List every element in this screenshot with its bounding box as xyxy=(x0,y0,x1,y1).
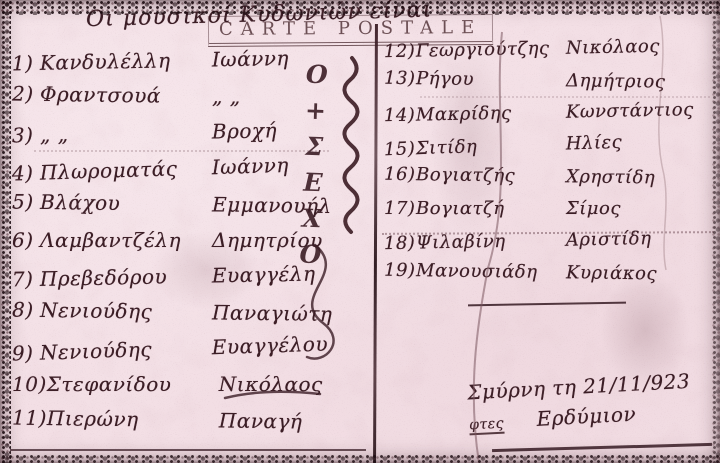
item-given-name: Κωνστάντιος xyxy=(566,99,716,123)
item-surname: Νενιούδης xyxy=(40,298,212,324)
item-given-name: „ „ xyxy=(212,84,364,110)
item-given-name: Ευαγγέλου xyxy=(211,330,364,359)
item-surname: Μακρίδης xyxy=(416,102,566,126)
postcard-scan: CARTE POSTALE Οι μουσικοί Κυδωνιών είναι… xyxy=(0,0,720,463)
item-number: 14) xyxy=(384,105,416,127)
item-given-name: Χρηστίδη xyxy=(566,166,716,189)
item-surname: Κανδυλέλλη xyxy=(40,48,212,75)
item-given-name: Δημήτριος xyxy=(566,70,716,93)
item-surname: Σιτίδη xyxy=(416,134,567,160)
item-surname: Ρήγου xyxy=(416,68,566,91)
item-given-name: Βροχή xyxy=(212,117,364,144)
item-surname: Πλωροματάς xyxy=(40,155,213,184)
item-number: 15) xyxy=(384,138,417,160)
bottom-rule xyxy=(10,449,366,451)
item-number: 12) xyxy=(384,41,416,63)
item-surname: „ „ xyxy=(40,120,212,147)
scan-edge xyxy=(0,0,11,463)
place-name: Ερδύμιον xyxy=(536,402,637,431)
item-number: 18) xyxy=(384,233,416,255)
item-given-name: Παναγιώτη xyxy=(212,300,364,326)
item-number: 19) xyxy=(384,260,416,281)
item-number: 7) xyxy=(12,267,40,292)
item-number: 6) xyxy=(12,228,40,252)
list-item: 17) Βογιατζή Σίμος xyxy=(384,198,716,230)
item-surname: Νενιούδης xyxy=(40,335,213,364)
item-given-name: Ιωάννη xyxy=(212,45,364,72)
item-number: 5) xyxy=(12,190,40,214)
list-item: 9) Νενιούδης Ευαγγέλου xyxy=(12,330,365,377)
place-line: φτες Ερδύμιον xyxy=(468,398,715,435)
item-number: 13) xyxy=(384,68,416,89)
item-surname: Βλάχου xyxy=(40,190,212,216)
musicians-list-right: 12) Γεωργιούτζης Νικόλαος 13) Ρήγου Δημή… xyxy=(384,38,716,294)
date-block: Σμύρνη τη 21/11/923 φτες Ερδύμιον xyxy=(467,368,715,435)
item-number: 3) xyxy=(12,123,40,148)
list-item: 10) Στεφανίδου Νικόλαος xyxy=(12,372,364,408)
item-surname: Πιερώνη xyxy=(47,406,219,432)
item-given-name: Ευαγγέλη xyxy=(212,261,364,288)
item-number: 8) xyxy=(12,298,40,322)
list-item: 16) Βογιατζής Χρηστίδη xyxy=(384,164,716,201)
dateline-note: φτες xyxy=(469,416,505,436)
underline-stroke xyxy=(492,443,712,452)
item-number: 2) xyxy=(12,82,40,106)
list-item: 19) Μανουσιάδη Κυριάκος xyxy=(384,260,716,297)
item-given-name: Κυριάκος xyxy=(566,262,716,285)
postcard-divider-line xyxy=(373,24,378,463)
item-number: 16) xyxy=(384,164,416,185)
item-number: 11) xyxy=(12,406,47,430)
item-number: 9) xyxy=(12,341,41,366)
item-given-name: Ηλίες xyxy=(565,129,716,155)
item-given-name: Δημητρίου xyxy=(212,228,364,252)
item-surname: Βογιατζής xyxy=(416,164,566,187)
item-surname: Πρεβεδόρου xyxy=(40,264,212,291)
item-given-name: Ιωάννη xyxy=(211,150,364,179)
item-number: 17) xyxy=(384,198,416,219)
item-given-name: Εμμανουήλ xyxy=(212,192,364,218)
item-given-name: Αριστίδη xyxy=(566,227,716,251)
underline-stroke xyxy=(468,302,626,307)
item-given-name: Νικόλαος xyxy=(219,372,364,396)
item-surname: Φραντσουά xyxy=(40,82,212,108)
item-number: 1) xyxy=(12,51,40,76)
item-surname: Γεωργιούτζης xyxy=(416,38,566,62)
scan-edge xyxy=(0,454,720,463)
item-surname: Ψιλαβίνη xyxy=(416,230,566,254)
item-surname: Μανουσιάδη xyxy=(416,260,566,283)
list-item: 11) Πιερώνη Παναγή xyxy=(12,406,364,447)
item-surname: Λαμβαντζέλη xyxy=(40,228,212,252)
item-surname: Βογιατζή xyxy=(416,198,566,219)
item-given-name: Νικόλαος xyxy=(566,35,716,59)
item-given-name: Σίμος xyxy=(566,198,716,219)
item-number: 4) xyxy=(12,161,41,186)
item-given-name: Παναγή xyxy=(219,408,365,434)
